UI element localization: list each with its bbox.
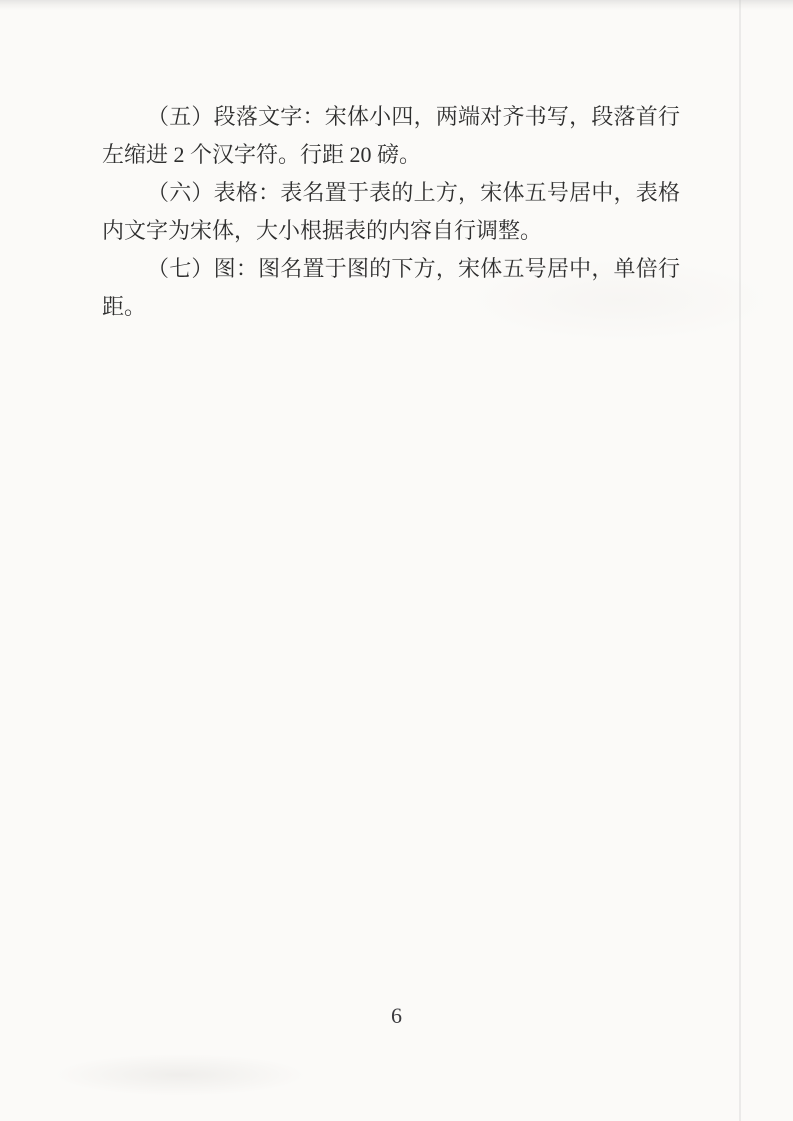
paragraph: （七）图：图名置于图的下方，宋体五号居中，单倍行距。 bbox=[102, 250, 680, 326]
text-line: 距。 bbox=[102, 288, 680, 326]
page-number: 6 bbox=[0, 1003, 793, 1029]
text-line: 左缩进 2 个汉字符。行距 20 磅。 bbox=[102, 136, 680, 174]
document-page: （五）段落文字：宋体小四，两端对齐书写，段落首行左缩进 2 个汉字符。行距 20… bbox=[0, 0, 793, 1121]
document-body: （五）段落文字：宋体小四，两端对齐书写，段落首行左缩进 2 个汉字符。行距 20… bbox=[102, 98, 680, 326]
text-line: （五）段落文字：宋体小四，两端对齐书写，段落首行 bbox=[102, 98, 680, 136]
scan-artifact-vertical-line bbox=[739, 0, 741, 1121]
text-line: 内文字为宋体，大小根据表的内容自行调整。 bbox=[102, 212, 680, 250]
text-line: （六）表格：表名置于表的上方，宋体五号居中，表格 bbox=[102, 174, 680, 212]
scan-artifact-top-strip bbox=[0, 0, 793, 10]
text-line: （七）图：图名置于图的下方，宋体五号居中，单倍行 bbox=[102, 250, 680, 288]
paragraph: （六）表格：表名置于表的上方，宋体五号居中，表格内文字为宋体，大小根据表的内容自… bbox=[102, 174, 680, 250]
paragraph: （五）段落文字：宋体小四，两端对齐书写，段落首行左缩进 2 个汉字符。行距 20… bbox=[102, 98, 680, 174]
